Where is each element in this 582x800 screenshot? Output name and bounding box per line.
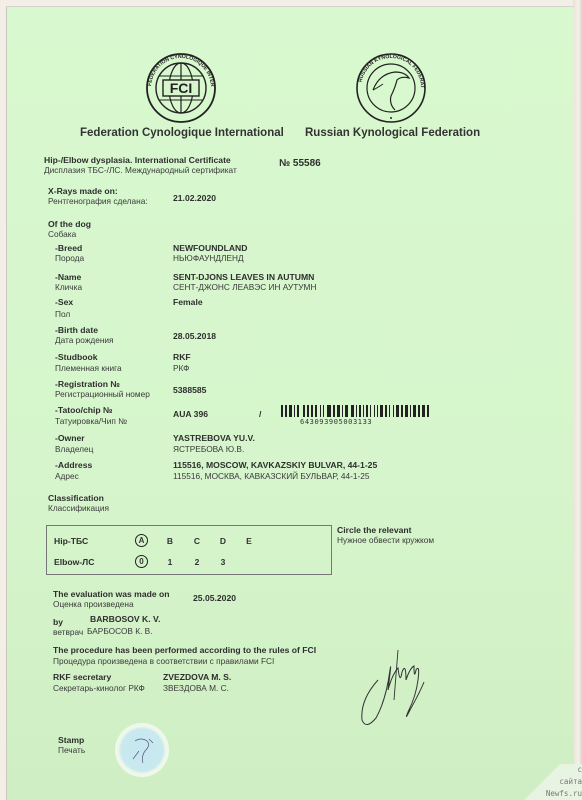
certificate-title-ru: Дисплазия ТБС-/ЛС. Международный сертифи… [44, 165, 237, 175]
field-label-en: -Owner [55, 433, 85, 443]
field-value-en: 115516, MOSCOW, KAVKAZSKIY BULVAR, 44-1-… [173, 460, 377, 470]
secretary-label-ru: Секретарь-кинолог РКФ [53, 683, 145, 693]
field-label-en: -Sex [55, 297, 73, 307]
grade-option[interactable]: C [190, 536, 204, 546]
field-label-ru: Татуировка/Чип № [55, 416, 127, 426]
rkf-borzoi-head-emblem-icon: RUSSIAN KYNOLOGICAL FEDERATION [351, 52, 431, 124]
secretary-name-ru: ЗВЕЗДОВА М. С. [163, 683, 229, 693]
field-value-ru: ЯСТРЕБОВА Ю.В. [173, 444, 244, 454]
field-value-en: Female [173, 297, 203, 307]
hip-label: Hip-ТБС [54, 536, 88, 546]
evaluation-label-en: The evaluation was made on [53, 589, 170, 599]
field-value-en: AUA 396 [173, 409, 208, 419]
dog-section-label-en: Of the dog [48, 219, 91, 229]
fci-globe-emblem-icon: FCI FEDERATION CYNOLOGIQUE INTERNATIONAL… [141, 52, 221, 124]
field-label-ru: Дата рождения [55, 335, 114, 345]
stamp-label-ru: Печать [58, 745, 85, 755]
by-label-en: by [53, 617, 63, 627]
watermark-line: сайта [522, 776, 582, 788]
secretary-label-en: RKF secretary [53, 672, 111, 682]
field-label-ru: Пол [55, 309, 70, 319]
field-value-en: NEWFOUNDLAND [173, 243, 247, 253]
field-label-en: -Breed [55, 243, 82, 253]
watermark-line: с [522, 764, 582, 776]
grade-option[interactable]: B [163, 536, 177, 546]
barcode-number: 643093905003133 [300, 418, 372, 426]
svg-text:RUSSIAN KYNOLOGICAL FEDERATION: RUSSIAN KYNOLOGICAL FEDERATION [351, 52, 425, 89]
field-value-en: 5388585 [173, 385, 206, 395]
grade-option[interactable]: E [242, 536, 256, 546]
field-label-ru: Регистрационный номер [55, 389, 150, 399]
classification-label-ru: Классификация [48, 503, 109, 513]
field-value-ru: НЬЮФАУНДЛЕНД [173, 253, 244, 263]
chip-separator: / [259, 409, 261, 419]
watermark-line: Newfs.ru [522, 788, 582, 800]
field-label-en: -Name [55, 272, 81, 282]
rkf-org-name: Russian Kynological Federation [305, 127, 480, 139]
certificate-title-en: Hip-/Elbow dysplasia. International Cert… [44, 155, 231, 165]
field-value-ru: РКФ [173, 363, 189, 373]
vet-name-ru: БАРБОСОВ К. В. [87, 626, 153, 636]
certificate-number: № 55586 [279, 158, 321, 169]
field-label-en: -Studbook [55, 352, 97, 362]
field-value-en: YASTREBOVA YU.V. [173, 433, 255, 443]
procedure-text-en: The procedure has been performed accordi… [53, 645, 316, 655]
handwritten-signature-icon [358, 640, 438, 730]
circle-hint-ru: Нужное обвести кружком [337, 535, 434, 545]
field-label-ru: Адрес [55, 471, 79, 481]
field-label-en: -Address [55, 460, 92, 470]
field-value-ru: СЕНТ-ДЖОНС ЛЕАВЭС ИН АУТУМН [173, 282, 316, 292]
grade-option-selected[interactable]: A [135, 534, 148, 547]
circle-hint-en: Circle the relevant [337, 525, 412, 535]
barcode-icon [281, 405, 431, 417]
field-label-ru: Порода [55, 253, 84, 263]
classification-label-en: Classification [48, 493, 104, 503]
field-label-en: -Registration № [55, 379, 120, 389]
by-label-ru: ветврач [53, 627, 83, 637]
classification-table [46, 525, 332, 575]
stamp-label-en: Stamp [58, 735, 84, 745]
grade-option[interactable]: 3 [216, 557, 230, 567]
evaluation-date: 25.05.2020 [193, 593, 236, 603]
procedure-text-ru: Процедура произведена в соответствии с п… [53, 656, 274, 666]
svg-text:FCI: FCI [170, 80, 193, 96]
grade-option[interactable]: 1 [163, 557, 177, 567]
xrays-label-en: X-Rays made on: [48, 186, 118, 196]
field-label-en: -Tatoo/chip № [55, 405, 113, 415]
grade-option-selected[interactable]: 0 [135, 555, 148, 568]
evaluation-label-ru: Оценка произведена [53, 599, 134, 609]
field-label-ru: Племенная книга [55, 363, 122, 373]
fci-org-name: Federation Cynologique International [80, 127, 284, 139]
paper-edge [573, 0, 582, 800]
grade-option[interactable]: D [216, 536, 230, 546]
vet-name-en: BARBOSOV K. V. [90, 614, 160, 624]
field-value-ru: 115516, МОСКВА, КАВКАЗСКИЙ БУЛЬВАР, 44-1… [173, 471, 370, 481]
field-label-en: -Birth date [55, 325, 98, 335]
dog-section-label-ru: Собака [48, 229, 76, 239]
field-value-en: RKF [173, 352, 191, 362]
field-value-en: 28.05.2018 [173, 331, 216, 341]
xrays-label-ru: Рентгенография сделана: [48, 196, 148, 206]
field-label-ru: Владелец [55, 444, 93, 454]
hologram-stamp-icon [115, 723, 169, 777]
xrays-date: 21.02.2020 [173, 193, 216, 203]
site-watermark: с сайта Newfs.ru [522, 764, 582, 800]
field-value-en: SENT-DJONS LEAVES IN AUTUMN [173, 272, 314, 282]
grade-option[interactable]: 2 [190, 557, 204, 567]
field-label-ru: Кличка [55, 282, 82, 292]
secretary-name-en: ZVEZDOVA M. S. [163, 672, 231, 682]
elbow-label: Elbow-ЛС [54, 557, 94, 567]
